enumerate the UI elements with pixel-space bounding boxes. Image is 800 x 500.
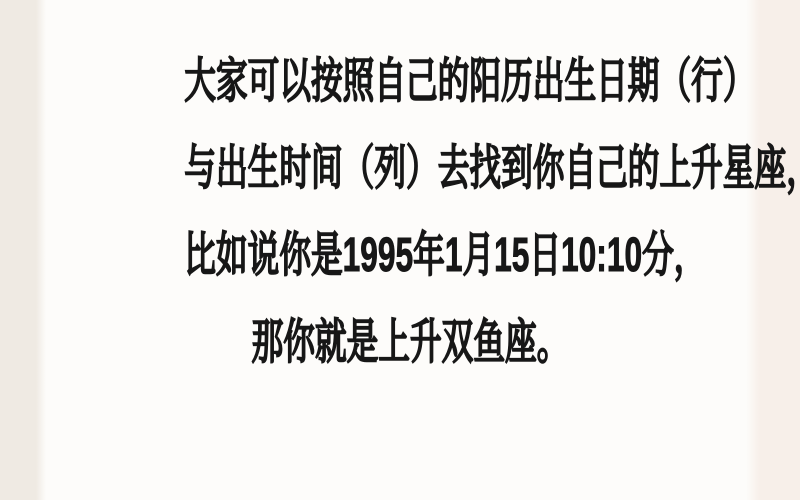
- caption-line-4: 那你就是上升双鱼座。: [184, 299, 635, 386]
- caption-line-1: 大家可以按照自己的阳历出生日期（行）: [184, 38, 635, 125]
- right-margin-strip: [752, 0, 800, 500]
- left-margin-strip: [0, 0, 40, 500]
- caption-text-block: 大家可以按照自己的阳历出生日期（行） 与出生时间（列）去找到你自己的上升星座， …: [40, 38, 752, 386]
- caption-line-3: 比如说你是1995年1月15日10:10分，: [184, 212, 635, 299]
- caption-line-2: 与出生时间（列）去找到你自己的上升星座，: [184, 125, 635, 212]
- caption-card: 大家可以按照自己的阳历出生日期（行） 与出生时间（列）去找到你自己的上升星座， …: [0, 0, 800, 500]
